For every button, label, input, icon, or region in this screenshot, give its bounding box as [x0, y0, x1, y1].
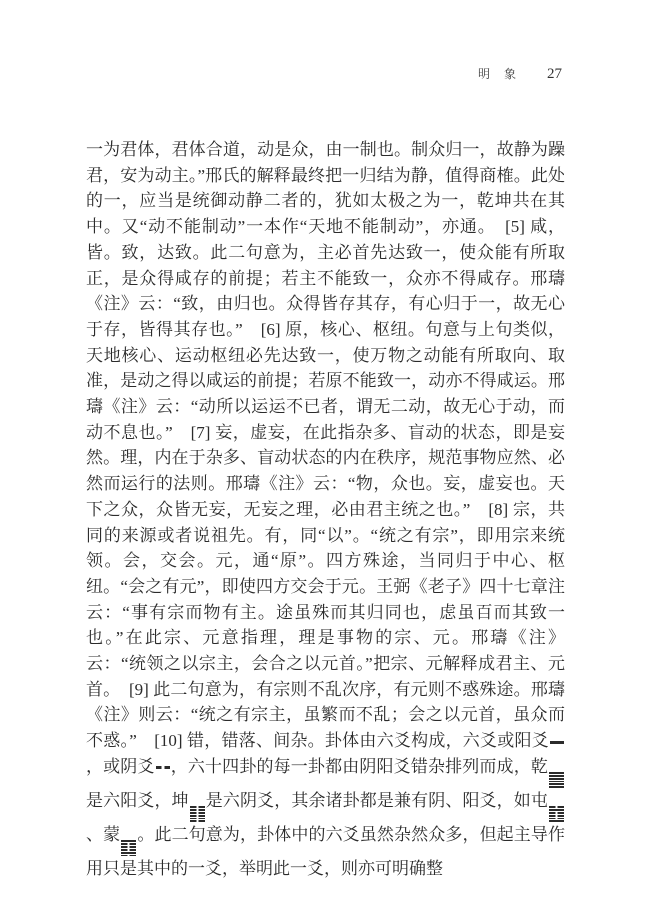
- hexagram-kun-icon: [190, 806, 205, 822]
- yang-yao-icon: [550, 741, 564, 744]
- running-head: 明 象 27: [478, 65, 562, 83]
- hexagram-qian-icon: [549, 772, 564, 788]
- book-page: 明 象 27 一为君体，君体合道，动是众，由一制也。制众归一，故静为躁君，安为动…: [0, 0, 650, 917]
- page-number: 27: [547, 66, 562, 83]
- hexagram-zhun-icon: [549, 806, 564, 822]
- chapter-title: 明 象: [478, 65, 517, 82]
- annotation-paragraph: 一为君体，君体合道，动是众，由一制也。制众归一，故静为躁君，安为动主。”邢氏的解…: [86, 137, 565, 882]
- hexagram-meng-icon: [121, 840, 136, 856]
- yin-yao-icon: [156, 766, 170, 769]
